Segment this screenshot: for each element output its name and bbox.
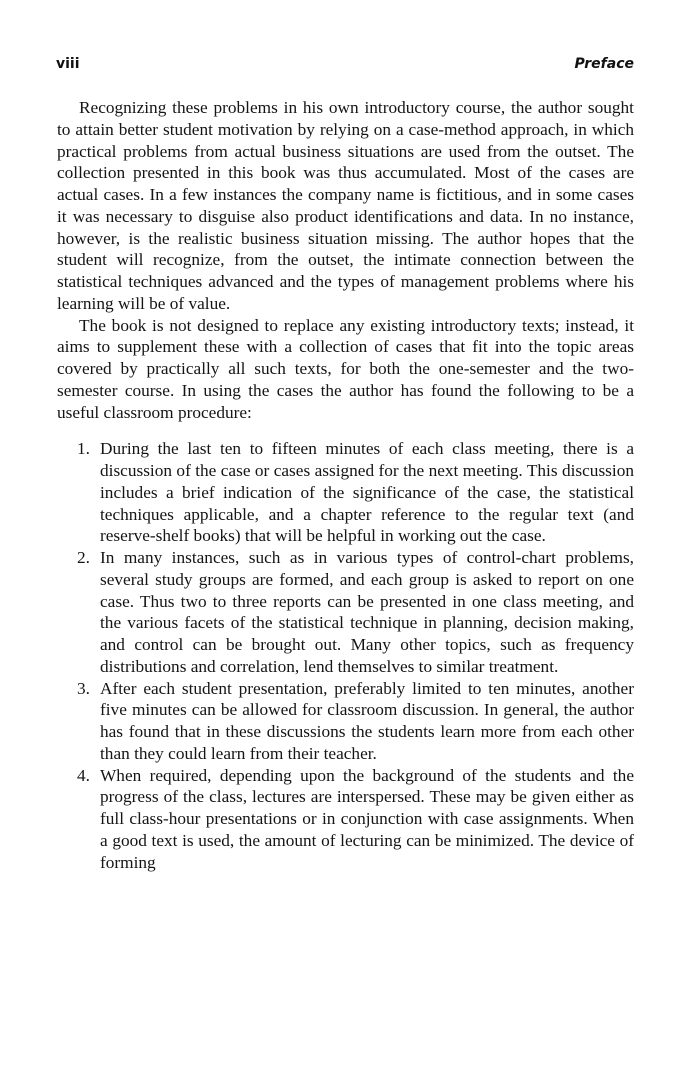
list-item-number: 3. <box>77 678 90 700</box>
list-item-text: When required, depending upon the backgr… <box>100 765 634 874</box>
book-page: viii Preface Recognizing these problems … <box>0 0 695 1070</box>
paragraph: Recognizing these problems in his own in… <box>57 97 634 315</box>
paragraph: The book is not designed to replace any … <box>57 315 634 424</box>
list-item-number: 2. <box>77 547 90 569</box>
list-item-text: During the last ten to fifteen minutes o… <box>100 438 634 547</box>
page-number: viii <box>56 56 80 72</box>
list-item: 3. After each student presentation, pref… <box>57 678 634 765</box>
running-head: viii Preface <box>56 56 634 76</box>
running-title: Preface <box>574 56 634 72</box>
list-item: 4. When required, depending upon the bac… <box>57 765 634 874</box>
list-item-number: 1. <box>77 438 90 460</box>
list-item-text: In many instances, such as in various ty… <box>100 547 634 678</box>
page-body: Recognizing these problems in his own in… <box>57 97 634 873</box>
list-item-number: 4. <box>77 765 90 787</box>
list-item: 2. In many instances, such as in various… <box>57 547 634 678</box>
list-item-text: After each student presentation, prefera… <box>100 678 634 765</box>
list-item: 1. During the last ten to fifteen minute… <box>57 438 634 547</box>
procedure-list: 1. During the last ten to fifteen minute… <box>57 438 634 873</box>
